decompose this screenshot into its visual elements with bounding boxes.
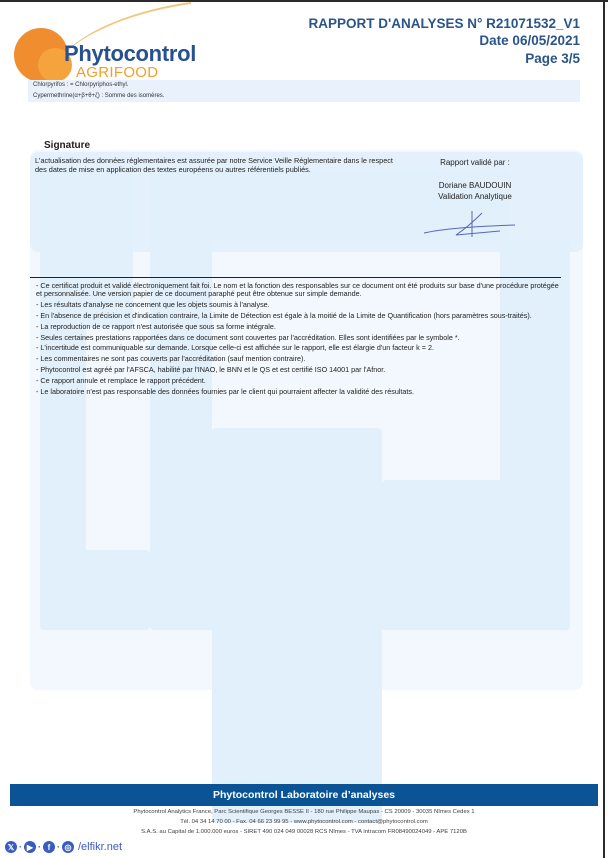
- disclaimer-list: - Ce certificat produit et validé électr…: [36, 282, 566, 398]
- validator: Doriane BAUDOUIN Validation Analytique: [410, 181, 540, 202]
- validator-name: Doriane BAUDOUIN: [410, 181, 540, 192]
- logo-subbrand: AGRIFOOD: [76, 64, 158, 81]
- disclaimer-item: - Les résultats d'analyse ne concernent …: [36, 301, 566, 309]
- disclaimer-item: - Ce certificat produit et validé électr…: [36, 282, 566, 299]
- handwritten-signature: [420, 209, 520, 239]
- social-links: 𝕏 · ▶ · f · ◎ /elfikr.net: [5, 841, 122, 853]
- footer-title: Phytocontrol Laboratoire d’analyses: [10, 784, 598, 806]
- company-logo: Phytocontrol AGRIFOOD: [12, 14, 192, 82]
- x-icon[interactable]: 𝕏: [5, 841, 17, 853]
- disclaimer-item: - Seules certaines prestations rapportée…: [36, 334, 566, 342]
- footer-contact: Tél. 04 34 14 70 00 - Fax. 04 66 23 99 9…: [0, 819, 608, 825]
- disclaimer-item: - L'incertitude est communiquable sur de…: [36, 344, 566, 352]
- report-date: Date 06/05/2021: [479, 33, 580, 48]
- disclaimer-item: - Les commentaires ne sont pas couverts …: [36, 355, 566, 363]
- disclaimer-item: - En l'absence de précision et d'indicat…: [36, 312, 566, 320]
- footer-legal: S.A.S. au Capital de 1.000.000 euros - S…: [0, 829, 608, 835]
- note-line: Cypermethrine(α+β+θ+ζ) : Somme des isomè…: [33, 93, 164, 99]
- page-border-top: [0, 0, 608, 2]
- validated-by-label: Rapport validé par :: [410, 158, 540, 167]
- note-line: Chlorpyrifos : = Chlorpyriphos-ethyl.: [33, 82, 129, 88]
- disclaimer-item: - Phytocontrol est agréé par l'AFSCA, ha…: [36, 366, 566, 374]
- youtube-icon[interactable]: ▶: [24, 841, 36, 853]
- disclaimer-item: - Le laboratoire n'est pas responsable d…: [36, 388, 566, 396]
- social-handle[interactable]: /elfikr.net: [78, 841, 122, 853]
- disclaimer-item: - Ce rapport annule et remplace le rappo…: [36, 377, 566, 385]
- footer-address: Phytocontrol Analytics France, Parc Scie…: [0, 809, 608, 815]
- page-number: Page 3/5: [525, 51, 580, 66]
- page-border-right: [603, 0, 605, 858]
- section-divider: [30, 277, 561, 278]
- regulatory-statement: L'actualisation des données réglementair…: [35, 157, 395, 174]
- report-number: RAPPORT D'ANALYSES N° R21071532_V1: [309, 16, 580, 31]
- signature-heading: Signature: [44, 140, 90, 151]
- web-icon[interactable]: ◎: [62, 841, 74, 853]
- facebook-icon[interactable]: f: [43, 841, 55, 853]
- validator-role: Validation Analytique: [410, 192, 540, 203]
- disclaimer-item: - La reproduction de ce rapport n'est au…: [36, 323, 566, 331]
